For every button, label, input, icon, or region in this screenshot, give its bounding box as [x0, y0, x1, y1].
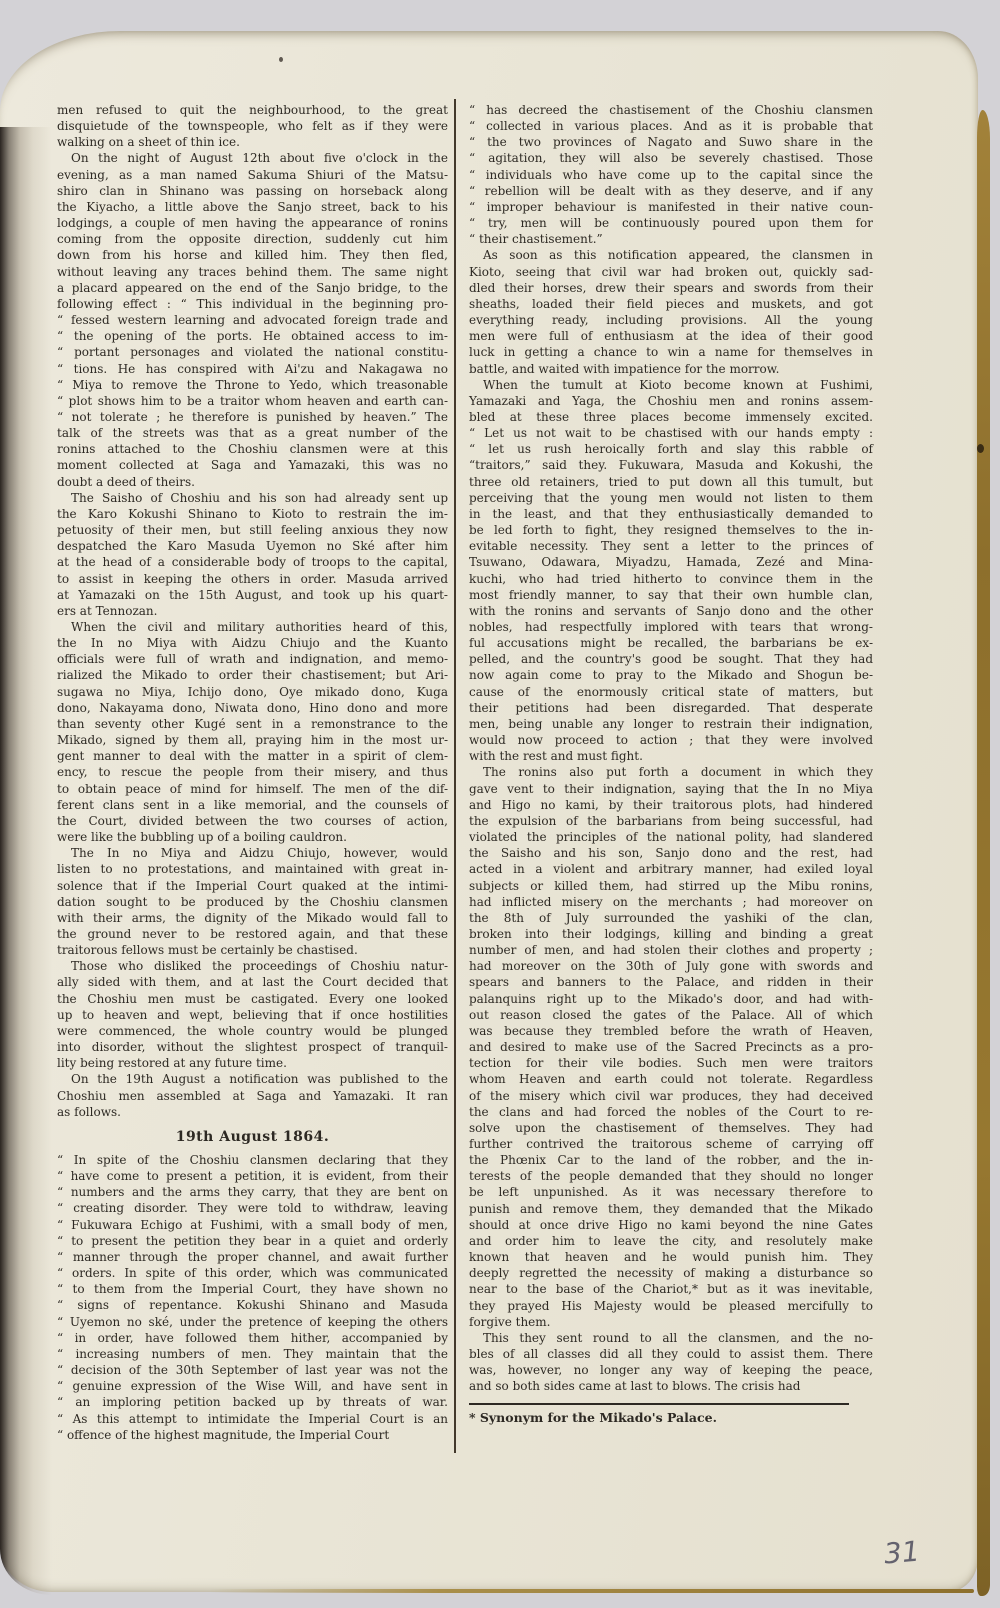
text-line: dled their horses, drew their spears and… — [469, 280, 873, 296]
paragraph: As soon as this notification appeared, t… — [469, 247, 873, 376]
text-line: up to heaven and wept, believing that if… — [57, 1007, 448, 1023]
text-line: was, however, no longer any way of keepi… — [469, 1362, 873, 1378]
text-line: “ increasing numbers of men. They mainta… — [57, 1346, 448, 1362]
page-block-edge — [977, 110, 990, 1596]
text-line: subjects or killed them, had stirred up … — [469, 878, 873, 894]
text-line: perceiving that the young men would not … — [469, 490, 873, 506]
text-line: “ their chastisement.” — [469, 231, 873, 247]
text-line: Those who disliked the proceedings of Ch… — [57, 958, 448, 974]
text-line: listen to no protestations, and maintain… — [57, 861, 448, 877]
text-line: On the 19th August a notification was pu… — [57, 1071, 448, 1087]
text-line: sheaths, loaded their field pieces and m… — [469, 296, 873, 312]
text-line: “ individuals who have come up to the ca… — [469, 167, 873, 183]
text-line: When the civil and military authorities … — [57, 619, 448, 635]
text-line: solve upon the chastisement of themselve… — [469, 1120, 873, 1136]
text-line: nobles, had respectfully implored with t… — [469, 619, 873, 635]
text-line: would now proceed to action ; that they … — [469, 732, 873, 748]
text-line: disquietude of the townspeople, who felt… — [57, 118, 448, 134]
text-line: petuosity of their men, but still feelin… — [57, 522, 448, 538]
paragraph: The In no Miya and Aidzu Chiujo, however… — [57, 845, 448, 958]
text-line: “ signs of repentance. Kokushi Shinano a… — [57, 1297, 448, 1313]
paragraph: When the tumult at Kioto become known at… — [469, 377, 873, 765]
text-line: at the head of a considerable body of tr… — [57, 554, 448, 570]
text-line: and desired to make use of the Sacred Pr… — [469, 1039, 873, 1055]
text-line: Kioto, seeing that civil war had broken … — [469, 264, 873, 280]
text-line: “ have come to present a petition, it is… — [57, 1168, 448, 1184]
text-line: 19th August 1864. — [57, 1129, 448, 1145]
text-line: “traitors,” said they. Fukuwara, Masuda … — [469, 457, 873, 473]
text-line: as follows. — [57, 1104, 448, 1120]
footnote: * Synonym for the Mikado's Palace. — [469, 1403, 849, 1426]
text-line: bles of all classes did all they could t… — [469, 1346, 873, 1362]
text-line: the Saisho and his son, Sanjo dono and t… — [469, 845, 873, 861]
text-line: “ try, men will be continuously poured u… — [469, 215, 873, 231]
text-line: lity being restored at any future time. — [57, 1055, 448, 1071]
text-line: “ In spite of the Choshiu clansmen decla… — [57, 1152, 448, 1168]
text-line: a placard appeared on the end of the San… — [57, 280, 448, 296]
text-line: “ an imploring petition backed up by thr… — [57, 1394, 448, 1410]
text-line: be left unpunished. As it was necessary … — [469, 1184, 873, 1200]
book-gutter-shadow — [0, 127, 52, 1595]
date-heading: 19th August 1864. — [57, 1129, 448, 1145]
text-line: at Yamazaki on the 15th August, and took… — [57, 587, 448, 603]
text-line: acted in a violent and arbitrary manner,… — [469, 861, 873, 877]
text-line: “ manner through the proper channel, and… — [57, 1249, 448, 1265]
text-line: they prayed His Majesty would be pleased… — [469, 1298, 873, 1314]
paragraph: Those who disliked the proceedings of Ch… — [57, 958, 448, 1071]
text-line: “ has decreed the chastisement of the Ch… — [469, 102, 873, 118]
text-line: luck in getting a chance to win a name f… — [469, 344, 873, 360]
column-divider-rule — [454, 99, 456, 1453]
paragraph: This they sent round to all the clansmen… — [469, 1330, 873, 1395]
text-line: “ rebellion will be dealt with as they d… — [469, 183, 873, 199]
text-line: “ to present the petition they bear in a… — [57, 1233, 448, 1249]
text-line: most friendly manner, to say that their … — [469, 587, 873, 603]
text-line: The Saisho of Choshiu and his son had al… — [57, 490, 448, 506]
text-line: * Synonym for the Mikado's Palace. — [469, 1410, 849, 1426]
text-line: “ agitation, they will also be severely … — [469, 150, 873, 166]
text-line: further contrived the traitorous scheme … — [469, 1136, 873, 1152]
paragraph: The Saisho of Choshiu and his son had al… — [57, 490, 448, 619]
text-line: solence that if the Imperial Court quake… — [57, 878, 448, 894]
text-line: deeply regretted the necessity of making… — [469, 1265, 873, 1281]
text-line: gent manner to deal with the matter in a… — [57, 748, 448, 764]
text-line: the clans and had forced the nobles of t… — [469, 1104, 873, 1120]
text-line: were like the bubbling up of a boiling c… — [57, 829, 448, 845]
text-line: men were full of enthusiasm at the idea … — [469, 328, 873, 344]
text-line: without leaving any traces behind them. … — [57, 264, 448, 280]
text-line: “ numbers and the arms they carry, that … — [57, 1184, 448, 1200]
text-line: The ronins also put forth a document in … — [469, 764, 873, 780]
text-line: “ plot shows him to be a traitor whom he… — [57, 393, 448, 409]
text-line: had inflicted misery on the merchants ; … — [469, 894, 873, 910]
text-line: and so both sides came at last to blows.… — [469, 1378, 873, 1394]
text-line: than seventy other Kugé sent in a remons… — [57, 716, 448, 732]
left-text-column: men refused to quit the neighbourhood, t… — [57, 102, 448, 1443]
text-line: to obtain peace of mind for himself. The… — [57, 781, 448, 797]
text-line: ers at Tennozan. — [57, 603, 448, 619]
handwritten-page-number: 31 — [883, 1535, 921, 1571]
text-line: battle, and waited with impatience for t… — [469, 361, 873, 377]
paragraph: When the civil and military authorities … — [57, 619, 448, 845]
text-line: “ collected in various places. And as it… — [469, 118, 873, 134]
text-line: evitable necessity. They sent a letter t… — [469, 538, 873, 554]
text-line: coming from the opposite direction, sudd… — [57, 231, 448, 247]
text-line: bled at these three places become immens… — [469, 409, 873, 425]
text-line: “ improper behaviour is manifested in th… — [469, 199, 873, 215]
text-line: the Court, divided between the two cours… — [57, 813, 448, 829]
text-line: When the tumult at Kioto become known at… — [469, 377, 873, 393]
text-line: Tsuwano, Odawara, Miyadzu, Hamada, Zezé … — [469, 554, 873, 570]
text-line: ency, to rescue the people from their mi… — [57, 764, 448, 780]
text-line: tection for their vile bodies. Such men … — [469, 1055, 873, 1071]
text-line: ronins attached to the Choshiu clansmen … — [57, 441, 448, 457]
text-line: dation sought to be produced by the Chos… — [57, 894, 448, 910]
text-line: number of men, and had stolen their clot… — [469, 942, 873, 958]
text-line: the Phœnix Car to the land of the robber… — [469, 1152, 873, 1168]
text-line: As soon as this notification appeared, t… — [469, 247, 873, 263]
text-line: The In no Miya and Aidzu Chiujo, however… — [57, 845, 448, 861]
text-line: cause of the enormously critical state o… — [469, 684, 873, 700]
page-bottom-edge — [210, 1589, 974, 1593]
text-line: with the ronins and servants of Sanjo do… — [469, 603, 873, 619]
text-line: officials were full of wrath and indigna… — [57, 651, 448, 667]
text-line: palanquins right up to the Mikado's door… — [469, 991, 873, 1007]
text-line: “ not tolerate ; he therefore is punishe… — [57, 409, 448, 425]
text-line: “ offence of the highest magnitude, the … — [57, 1427, 448, 1443]
text-line: pelled, and the country's good be sought… — [469, 651, 873, 667]
text-line: out reason closed the gates of the Palac… — [469, 1007, 873, 1023]
right-text-column: “ has decreed the chastisement of the Ch… — [469, 102, 873, 1426]
text-line: was because they trembled before the wra… — [469, 1023, 873, 1039]
paragraph: On the night of August 12th about five o… — [57, 150, 448, 489]
text-line: men refused to quit the neighbourhood, t… — [57, 102, 448, 118]
text-line: “ genuine expression of the Wise Will, a… — [57, 1378, 448, 1394]
text-line: terests of the people demanded that they… — [469, 1168, 873, 1184]
text-line: gave vent to their indignation, saying t… — [469, 781, 873, 797]
text-line: “ As this attempt to intimidate the Impe… — [57, 1411, 448, 1427]
text-line: with the rest and must fight. — [469, 748, 873, 764]
text-line: and order him to leave the city, and res… — [469, 1233, 873, 1249]
text-line: should at once drive Higo no kami beyond… — [469, 1217, 873, 1233]
text-line: “ Fukuwara Echigo at Fushimi, with a sma… — [57, 1217, 448, 1233]
text-line: “ decision of the 30th September of last… — [57, 1362, 448, 1378]
text-line: “ the two provinces of Nagato and Suwo s… — [469, 134, 873, 150]
text-line: broken into their lodgings, killing and … — [469, 926, 873, 942]
text-line: and Higo no kami, by their traitorous pl… — [469, 797, 873, 813]
text-line: “ creating disorder. They were told to w… — [57, 1200, 448, 1216]
text-line: This they sent round to all the clansmen… — [469, 1330, 873, 1346]
text-line: kuchi, who had tried hitherto to convinc… — [469, 571, 873, 587]
paragraph: The ronins also put forth a document in … — [469, 764, 873, 1329]
ink-speck — [279, 57, 283, 62]
text-line: whom Heaven and earth could not tolerate… — [469, 1071, 873, 1087]
text-line: “ Miya to remove the Throne to Yedo, whi… — [57, 377, 448, 393]
text-line: in the least, and that they enthusiastic… — [469, 506, 873, 522]
text-line: ferent clans sent in a like memorial, an… — [57, 797, 448, 813]
text-line: the 8th of July surrounded the yashiki o… — [469, 910, 873, 926]
text-line: Mikado, signed by them all, praying him … — [57, 732, 448, 748]
text-line: “ orders. In spite of this order, which … — [57, 1265, 448, 1281]
text-line: the Karo Kokushi Shinano to Kioto to res… — [57, 506, 448, 522]
text-line: everything ready, including provisions. … — [469, 312, 873, 328]
text-line: lodgings, a couple of men having the app… — [57, 215, 448, 231]
text-line: to assist in keeping the others in order… — [57, 571, 448, 587]
text-line: ful accusations might be recalled, the b… — [469, 635, 873, 651]
text-line: “ in order, have followed them hither, a… — [57, 1330, 448, 1346]
text-line: into disorder, without the slightest pro… — [57, 1039, 448, 1055]
paragraph: men refused to quit the neighbourhood, t… — [57, 102, 448, 150]
text-line: punish and remove them, they demanded th… — [469, 1201, 873, 1217]
paragraph: On the 19th August a notification was pu… — [57, 1071, 448, 1119]
text-line: moment collected at Saga and Yamazaki, t… — [57, 457, 448, 473]
text-line: Choshiu men assembled at Saga and Yamaza… — [57, 1088, 448, 1104]
text-line: with their arms, the dignity of the Mika… — [57, 910, 448, 926]
text-line: “ Let us not wait to be chastised with o… — [469, 425, 873, 441]
text-line: three old retainers, tried to put down a… — [469, 474, 873, 490]
text-line: “ let us rush heroically forth and slay … — [469, 441, 873, 457]
paragraph: “ has decreed the chastisement of the Ch… — [469, 102, 873, 247]
text-line: were commenced, the whole country would … — [57, 1023, 448, 1039]
text-line: “ portant personages and violated the na… — [57, 344, 448, 360]
text-line: despatched the Karo Masuda Uyemon no Ské… — [57, 538, 448, 554]
text-line: traitorous fellows must be certainly be … — [57, 942, 448, 958]
text-line: near to the base of the Chariot,* but as… — [469, 1281, 873, 1297]
text-line: the Kiyacho, a little above the Sanjo st… — [57, 199, 448, 215]
text-line: known that heaven and he would punish hi… — [469, 1249, 873, 1265]
text-line: their petitions had been disregarded. Th… — [469, 700, 873, 716]
text-line: walking on a sheet of thin ice. — [57, 134, 448, 150]
text-line: rialized the Mikado to order their chast… — [57, 667, 448, 683]
text-line: forgive them. — [469, 1314, 873, 1330]
text-line: doubt a deed of theirs. — [57, 474, 448, 490]
text-line: “ Uyemon no ské, under the pretence of k… — [57, 1314, 448, 1330]
text-line: violated the principles of the national … — [469, 829, 873, 845]
text-line: the expulsion of the barbarians from bei… — [469, 813, 873, 829]
text-line: sugawa no Miya, Ichijo dono, Oye mikado … — [57, 684, 448, 700]
text-line: the In no Miya with Aidzu Chiujo and the… — [57, 635, 448, 651]
text-line: now again come to pray to the Mikado and… — [469, 667, 873, 683]
text-line: be led forth to fight, they resigned the… — [469, 522, 873, 538]
text-line: spears and banners to the Palace, and ri… — [469, 974, 873, 990]
text-line: dono, Nakayama dono, Niwata dono, Hino d… — [57, 700, 448, 716]
text-line: “ to them from the Imperial Court, they … — [57, 1281, 448, 1297]
text-line: of the misery which civil war produces, … — [469, 1088, 873, 1104]
text-line: ally sided with them, and at last the Co… — [57, 974, 448, 990]
text-line: men, being unable any longer to restrain… — [469, 716, 873, 732]
text-line: the Choshiu men must be castigated. Ever… — [57, 991, 448, 1007]
text-line: the ground never to be restored again, a… — [57, 926, 448, 942]
page-edge-nick — [977, 444, 984, 453]
text-line: had moreover on the 30th of July gone wi… — [469, 958, 873, 974]
paragraph: “ In spite of the Choshiu clansmen decla… — [57, 1152, 448, 1443]
text-line: evening, as a man named Sakuma Shiuri of… — [57, 167, 448, 183]
text-line: talk of the streets was that as a great … — [57, 425, 448, 441]
text-line: “ tions. He has conspired with Ai'zu and… — [57, 361, 448, 377]
text-line: down from his horse and killed him. They… — [57, 247, 448, 263]
text-line: “ the opening of the ports. He obtained … — [57, 328, 448, 344]
text-line: Yamazaki and Yaga, the Choshiu men and r… — [469, 393, 873, 409]
text-line: shiro clan in Shinano was passing on hor… — [57, 183, 448, 199]
text-line: On the night of August 12th about five o… — [57, 150, 448, 166]
text-line: “ fessed western learning and advocated … — [57, 312, 448, 328]
text-line: following effect : “ This individual in … — [57, 296, 448, 312]
